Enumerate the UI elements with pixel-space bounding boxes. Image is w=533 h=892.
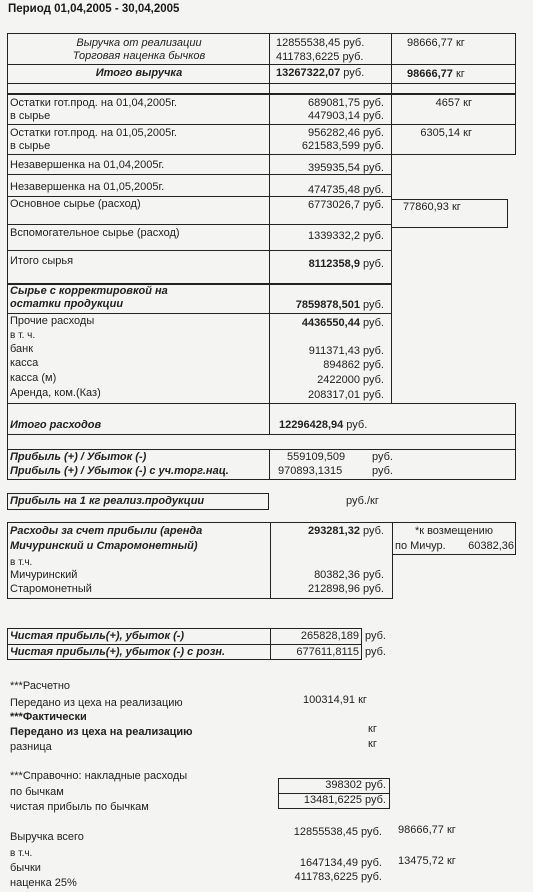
profit-expenses-item-label: Мичуринский	[10, 569, 77, 582]
reimbursement-value: 60382,36	[440, 540, 514, 553]
raw-main-kg: 77860,93 кг	[403, 201, 461, 214]
stock-end-label: Остатки гот.прод. на 01,05,2005г.	[10, 127, 177, 140]
revenue-total-label: Итого выручка	[10, 67, 268, 80]
markup-rub: 411783,6225 руб.	[276, 51, 363, 64]
net-profit-retail-unit: руб.	[365, 646, 386, 659]
overhead-bulls-label: по бычкам	[10, 786, 64, 799]
summary-bulls-rub: 1647134,49 руб.	[270, 857, 382, 870]
profit-markup-rub: 970893,1315	[278, 465, 342, 478]
other-item-rub: 894862 руб.	[272, 359, 384, 372]
revenue-total-kg: 98666,77 кг	[407, 68, 465, 81]
adjusted-raw-label-2: остатки продукции	[10, 298, 123, 311]
profit-rub: 559109,509	[287, 451, 345, 464]
raw-aux-rub: 1339332,2 руб.	[272, 230, 384, 243]
profit-rub-unit: руб.	[372, 451, 393, 464]
profit-expenses-item-rub: 212898,96 руб.	[272, 583, 384, 596]
other-item-rub: 911371,43 руб.	[272, 345, 384, 358]
markup-label: Торговая наценка бычков	[10, 50, 268, 63]
adjusted-raw-label-1: Сырье с корректировкой на	[10, 285, 168, 298]
summary-total-label: Выручка всего	[10, 831, 84, 844]
wip-start-rub: 395935,54 руб.	[272, 162, 384, 175]
net-profit-unit: руб.	[365, 630, 386, 643]
profit-per-kg-unit: руб./кг	[346, 495, 379, 508]
profit-label: Прибыль (+) / Убыток (-)	[10, 451, 146, 464]
summary-total-rub: 12855538,45 руб.	[270, 826, 382, 839]
profit-markup-label: Прибыль (+) / Убыток (-) с уч.торг.нац.	[10, 465, 229, 478]
raw-total-label: Итого сырья	[10, 255, 73, 268]
profit-expenses-item-label: Старомонетный	[10, 583, 92, 596]
wip-end-rub: 474735,48 руб.	[272, 184, 384, 197]
profit-expenses-incl-label: в т.ч.	[10, 556, 32, 569]
profit-markup-rub-unit: руб.	[372, 465, 393, 478]
transfer-calc-label: Передано из цеха на реализацию	[10, 697, 183, 710]
stock-start-raw-rub: 447903,14 руб.	[272, 110, 384, 123]
reimbursement-title: *к возмещению	[392, 525, 516, 538]
profit-per-kg-label: Прибыль на 1 кг реализ.продукции	[10, 495, 204, 508]
overhead-net-label: чистая прибыль по бычкам	[10, 801, 149, 814]
profit-expenses-label-2: Мичуринский и Старомонетный)	[10, 540, 198, 553]
transfer-actual-header: ***Фактически	[10, 711, 87, 724]
other-expenses-label: Прочие расходы	[10, 315, 94, 328]
transfer-diff-unit: кг	[368, 738, 377, 751]
profit-expenses-item-rub: 80382,36 руб.	[272, 569, 384, 582]
overhead-header: ***Справочно: накладные расходы	[10, 770, 187, 783]
transfer-actual-label: Передано из цеха на реализацию	[10, 726, 193, 739]
other-item-label: касса	[10, 357, 38, 370]
sales-kg: 98666,77 кг	[407, 37, 465, 50]
revenue-total-rub: 13267322,07 руб.	[276, 67, 364, 80]
other-item-rub: 2422000 руб.	[272, 374, 384, 387]
transfer-calc-kg: 100314,91 кг	[303, 694, 367, 707]
other-incl-label: в т. ч.	[10, 329, 35, 342]
wip-end-label: Незавершенка на 01,05,2005г.	[10, 181, 164, 194]
stock-end-raw-label: в сырье	[10, 140, 50, 153]
stock-start-rub: 689081,75 руб.	[272, 97, 384, 110]
other-item-label: Аренда, ком.(Каз)	[10, 387, 101, 400]
expenses-total-rub: 12296428,94 руб.	[279, 419, 367, 432]
net-profit-rub: 265828,189	[272, 630, 359, 643]
page-title: Период 01,04,2005 - 30,04,2005	[8, 3, 179, 15]
summary-incl-label: в т.ч.	[10, 847, 32, 860]
net-profit-retail-rub: 677611,8115	[272, 646, 359, 659]
raw-aux-label: Вспомогательное сырье (расход)	[10, 227, 180, 240]
other-item-label: банк	[10, 343, 33, 356]
reimbursement-label: по Мичур.	[395, 540, 446, 553]
stock-end-kg: 6305,14 кг	[394, 127, 472, 140]
other-item-rub: 208317,01 руб.	[272, 389, 384, 402]
other-expenses-rub: 4436550,44 руб.	[272, 317, 384, 330]
sales-rub: 12855538,45 руб.	[276, 37, 364, 50]
transfer-diff-label: разница	[10, 741, 52, 754]
summary-bulls-label: бычки	[10, 862, 41, 875]
raw-main-label: Основное сырье (расход)	[10, 198, 141, 211]
stock-end-raw-rub: 621583,599 руб.	[272, 140, 384, 153]
other-item-label: касса (м)	[10, 372, 56, 385]
stock-start-raw-label: в сырье	[10, 110, 50, 123]
adjusted-raw-rub: 7859878,501 руб.	[272, 299, 384, 312]
sales-label: Выручка от реализации	[10, 37, 268, 50]
stock-start-label: Остатки гот.прод. на 01,04,2005г.	[10, 97, 177, 110]
transfer-actual-unit: кг	[368, 723, 377, 736]
transfer-calc-header: ***Расчетно	[10, 680, 70, 693]
net-profit-label: Чистая прибыль(+), убыток (-)	[10, 630, 184, 643]
expenses-total-label: Итого расходов	[10, 419, 101, 432]
raw-main-rub: 6773026,7 руб.	[272, 199, 384, 212]
overhead-bulls-rub: 398302 руб.	[280, 779, 386, 792]
net-profit-retail-label: Чистая прибыль(+), убыток (-) с розн.	[10, 646, 225, 659]
raw-total-rub: 8112358,9 руб.	[272, 258, 384, 271]
stock-start-kg: 4657 кг	[394, 97, 472, 110]
summary-markup-rub: 411783,6225 руб.	[270, 871, 382, 884]
summary-bulls-kg: 13475,72 кг	[398, 855, 456, 868]
overhead-net-rub: 13481,6225 руб.	[280, 794, 386, 807]
stock-end-rub: 956282,46 руб.	[272, 127, 384, 140]
summary-markup-label: наценка 25%	[10, 877, 77, 890]
profit-expenses-rub: 293281,32 руб.	[272, 525, 384, 538]
profit-expenses-label-1: Расходы за счет прибыли (аренда	[10, 525, 202, 538]
wip-start-label: Незавершенка на 01,04,2005г.	[10, 159, 164, 172]
summary-total-kg: 98666,77 кг	[398, 824, 456, 837]
